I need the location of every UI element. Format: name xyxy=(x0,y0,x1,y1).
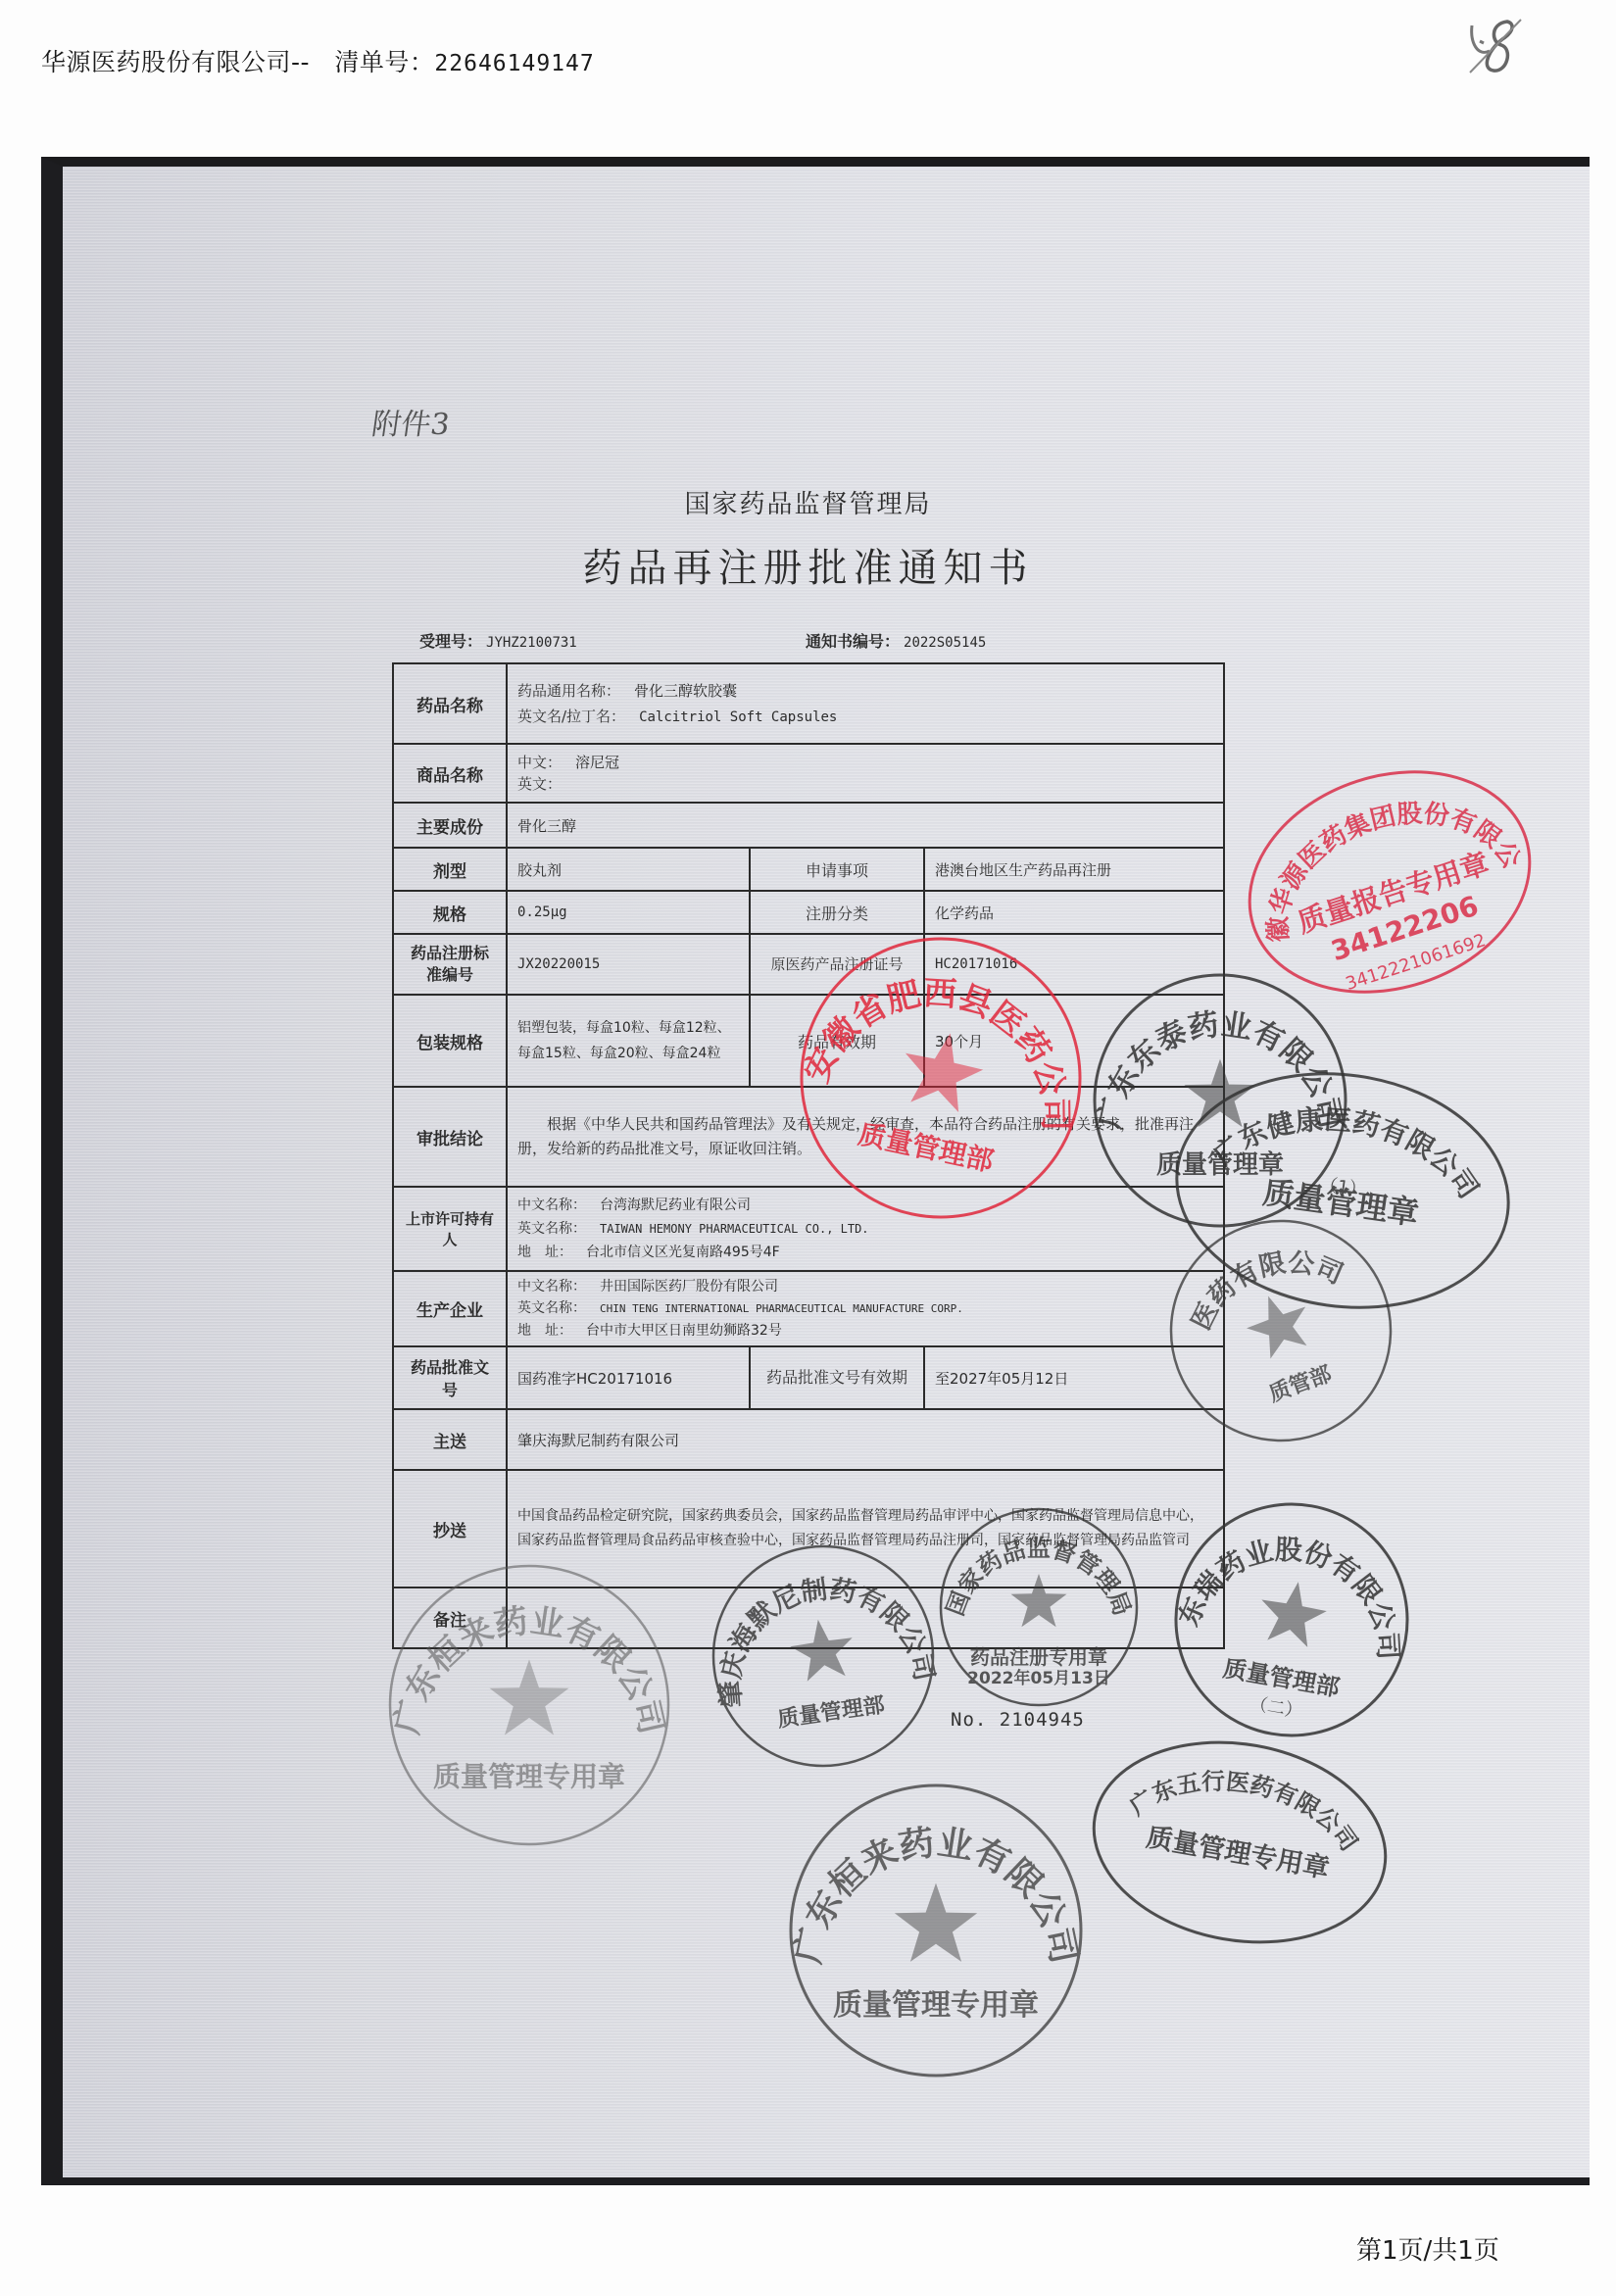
handwritten-page-mark xyxy=(1450,14,1529,82)
table-row: 药品名称 药品通用名称：骨化三醇软胶囊 英文名/拉丁名：Calcitriol S… xyxy=(393,663,1224,744)
ingredient: 骨化三醇 xyxy=(507,803,1224,848)
trade-name-cn: 溶尼冠 xyxy=(575,754,619,771)
remarks xyxy=(507,1588,1224,1648)
notice-number: 通知书编号：2022S05145 xyxy=(806,629,986,652)
license-holder-cell: 中文名称：台湾海默尼药业有限公司 英文名称：TAIWAN HEMONY PHAR… xyxy=(507,1187,1224,1271)
generic-name: 骨化三醇软胶囊 xyxy=(634,682,737,700)
holder-name-cn: 台湾海默尼药业有限公司 xyxy=(600,1197,751,1213)
table-row: 抄送 中国食品药品检定研究院，国家药典委员会，国家药品监督管理局药品审评中心，国… xyxy=(393,1470,1224,1588)
main-recipient: 肇庆海默尼制药有限公司 xyxy=(507,1409,1224,1470)
drug-name-cell: 药品通用名称：骨化三醇软胶囊 英文名/拉丁名：Calcitriol Soft C… xyxy=(507,663,1224,744)
serial-number: No. 2104945 xyxy=(951,1709,1085,1731)
table-row: 备注 xyxy=(393,1588,1224,1648)
list-number-label: 清单号： xyxy=(334,48,434,76)
standard-number: JX20220015 xyxy=(507,934,750,995)
table-row: 审批结论 根据《中华人民共和国药品管理法》及有关规定，经审查，本品符合药品注册的… xyxy=(393,1087,1224,1187)
table-row: 上市许可持有人 中文名称：台湾海默尼药业有限公司 英文名称：TAIWAN HEM… xyxy=(393,1187,1224,1271)
application-type: 港澳台地区生产药品再注册 xyxy=(924,848,1224,891)
registration-class: 化学药品 xyxy=(924,891,1224,934)
page-indicator: 第1页/共1页 xyxy=(1356,2230,1499,2267)
list-number: 22646149147 xyxy=(434,51,594,76)
handwritten-annotation: 附件3 xyxy=(369,400,453,443)
table-row: 药品注册标准编号 JX20220015 原医药产品注册证号 HC20171016 xyxy=(393,934,1224,995)
table-row: 主送 肇庆海默尼制药有限公司 xyxy=(393,1409,1224,1470)
cell-label: 药品名称 xyxy=(393,663,507,744)
table-row: 药品批准文号 国药准字HC20171016 药品批准文号有效期 至2027年05… xyxy=(393,1346,1224,1409)
approval-validity: 至2027年05月12日 xyxy=(924,1346,1224,1409)
original-certificate-number: HC20171016 xyxy=(924,934,1224,995)
acceptance-number: 受理号：JYHZ2100731 xyxy=(419,629,577,652)
shelf-life: 30个月 xyxy=(924,995,1224,1087)
company-name: 华源医药股份有限公司-- xyxy=(41,48,310,76)
holder-address: 台北市信义区光复南路495号4F xyxy=(586,1245,780,1260)
approval-conclusion: 根据《中华人民共和国药品管理法》及有关规定，经审查，本品符合药品注册的有关要求，… xyxy=(507,1087,1224,1187)
table-row: 主要成份 骨化三醇 xyxy=(393,803,1224,848)
dosage-form: 胶丸剂 xyxy=(507,848,750,891)
table-row: 商品名称 中文：溶尼冠 英文： xyxy=(393,744,1224,803)
manufacturer-name-cn: 井田国际医药厂股份有限公司 xyxy=(600,1279,778,1295)
table-row: 剂型 胶丸剂 申请事项 港澳台地区生产药品再注册 xyxy=(393,848,1224,891)
certificate-table: 药品名称 药品通用名称：骨化三醇软胶囊 英文名/拉丁名：Calcitriol S… xyxy=(392,662,1225,1649)
page-header: 华源医药股份有限公司-- 清单号：22646149147 xyxy=(41,43,595,78)
manufacturer-address: 台中市大甲区日南里幼狮路32号 xyxy=(586,1323,782,1339)
manufacturer-cell: 中文名称：井田国际医药厂股份有限公司 英文名称：CHIN TENG INTERN… xyxy=(507,1271,1224,1346)
trade-name-cell: 中文：溶尼冠 英文： xyxy=(507,744,1224,803)
issuing-agency: 国家药品监督管理局 xyxy=(0,484,1616,520)
approval-number: 国药准字HC20171016 xyxy=(507,1346,750,1409)
manufacturer-name-en: CHIN TENG INTERNATIONAL PHARMACEUTICAL M… xyxy=(600,1302,963,1315)
cc-recipients: 中国食品药品检定研究院，国家药典委员会，国家药品监督管理局药品审评中心，国家药品… xyxy=(507,1470,1224,1588)
table-row: 规格 0.25μg 注册分类 化学药品 xyxy=(393,891,1224,934)
table-row: 包装规格 铝塑包装，每盒10粒、每盒12粒、每盒15粒、每盒20粒、每盒24粒 … xyxy=(393,995,1224,1087)
packaging-spec: 铝塑包装，每盒10粒、每盒12粒、每盒15粒、每盒20粒、每盒24粒 xyxy=(507,995,750,1087)
specification: 0.25μg xyxy=(507,891,750,934)
holder-name-en: TAIWAN HEMONY PHARMACEUTICAL CO., LTD. xyxy=(600,1222,869,1236)
document-title: 药品再注册批准通知书 xyxy=(0,537,1616,593)
table-row: 生产企业 中文名称：井田国际医药厂股份有限公司 英文名称：CHIN TENG I… xyxy=(393,1271,1224,1346)
english-name: Calcitriol Soft Capsules xyxy=(639,709,837,725)
